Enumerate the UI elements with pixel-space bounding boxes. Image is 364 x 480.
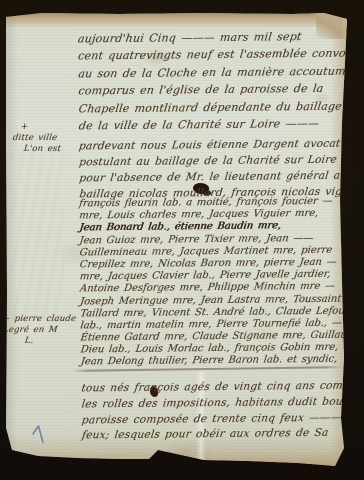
manuscript-line: feux; lesquels pour obéir aux ordres de … (81, 427, 364, 446)
margin-note-line: L'on est (12, 144, 62, 155)
margin-note-pierre-claude: + pierre claudeLegré en ML. (2, 314, 75, 347)
paragraph-attendees-list: françois fleurin lab. a moitié, françois… (78, 195, 362, 369)
paper-top-fold (6, 13, 347, 28)
margin-note-line: Legré en M (2, 325, 77, 336)
manuscript-line: de la ville de la Charité sur Loire ——— (77, 116, 364, 137)
paper-left-edge-shadow (6, 13, 18, 463)
paragraph-officials: pardevant nous Louis étienne Dargent avo… (77, 137, 364, 204)
verso-ink-show-through (12, 150, 64, 320)
margin-note-line: L. (2, 336, 77, 347)
paragraph-opening: aujourd'hui Cinq ——— mars mil septcent q… (76, 29, 364, 137)
paragraph-closing: tous nés françois agés de vingt cinq ans… (80, 379, 364, 445)
manuscript-text-block: aujourd'hui Cinq ——— mars mil septcent q… (76, 0, 352, 1)
manuscript-page: +ditte villeL'on est + pierre claudeLegr… (0, 0, 364, 480)
margin-note-line: + (12, 122, 62, 133)
scan-background: +ditte villeL'on est + pierre claudeLegr… (0, 0, 364, 480)
margin-note-ditte-ville: +ditte villeL'on est (12, 122, 60, 155)
page-number-mark (30, 424, 46, 449)
margin-note-line: + pierre claude (2, 314, 77, 325)
margin-note-line: ditte ville (12, 133, 62, 144)
page-number-mark-glyph (30, 424, 46, 445)
